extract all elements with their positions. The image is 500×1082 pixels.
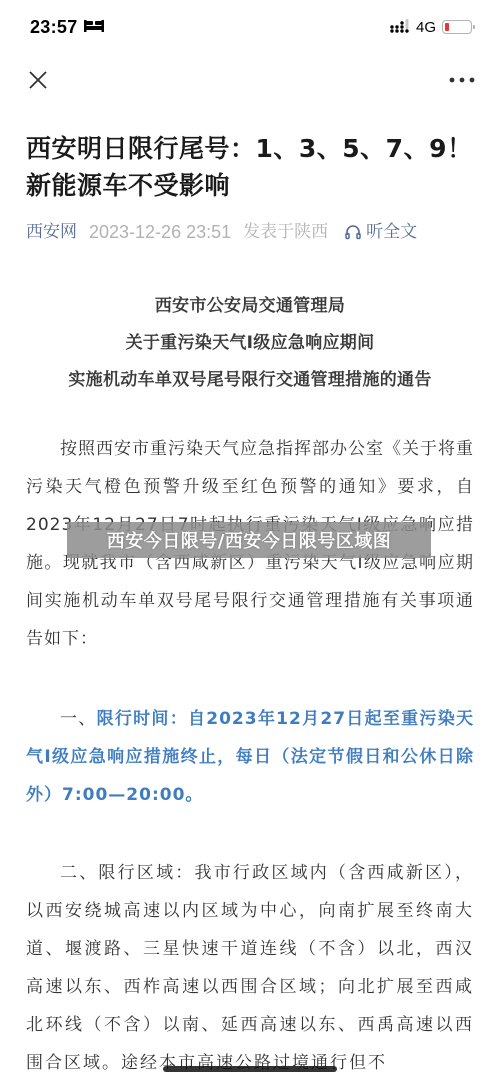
notice-heading-line: 关于重污染天气I级应急响应期间 <box>26 325 474 362</box>
listen-label: 听全文 <box>366 220 417 244</box>
notice-heading-line: 西安市公安局交通管理局 <box>26 288 474 325</box>
listen-button[interactable]: 听全文 <box>344 220 417 244</box>
more-icon <box>449 77 475 83</box>
network-type: 4G <box>416 19 436 36</box>
article-meta: 西安网 2023-12-26 23:51 发表于陕西 听全文 <box>26 220 474 244</box>
source-link[interactable]: 西安网 <box>26 220 77 244</box>
nav-bar <box>0 54 500 106</box>
status-left: 23:57 <box>30 17 104 38</box>
status-right: 4G <box>390 18 472 37</box>
close-button[interactable] <box>24 66 52 94</box>
home-indicator[interactable] <box>163 1066 337 1072</box>
bed-icon <box>84 18 104 37</box>
signal-icon <box>390 18 410 37</box>
status-time: 23:57 <box>30 17 78 38</box>
time-paragraph: 一、限行时间：自2023年12月27日起至重污染天气I级应急响应措施终止，每日（… <box>26 700 474 814</box>
more-button[interactable] <box>448 66 476 94</box>
headphones-icon <box>344 223 362 241</box>
publish-time: 2023-12-26 23:51 <box>89 220 231 244</box>
battery-icon <box>442 20 472 34</box>
screen: 23:57 4G <box>0 0 500 1082</box>
close-icon <box>28 70 48 90</box>
notice-heading: 西安市公安局交通管理局 关于重污染天气I级应急响应期间 实施机动车单双号尾号限行… <box>26 288 474 399</box>
notice-heading-line: 实施机动车单双号尾号限行交通管理措施的通告 <box>26 362 474 399</box>
area-paragraph: 二、限行区域：我市行政区域内（含西咸新区），以西安绕城高速以内区域为中心，向南扩… <box>26 854 474 1082</box>
image-caption-overlay: 西安今日限号/西安今日限号区域图 <box>67 522 431 558</box>
article: 西安明日限行尾号：1、3、5、7、9！新能源车不受影响 西安网 2023-12-… <box>0 120 500 1082</box>
battery-level <box>445 23 449 31</box>
overlay-caption: 西安今日限号/西安今日限号区域图 <box>107 527 392 553</box>
time-prefix: 一、 <box>60 709 97 729</box>
status-bar: 23:57 4G <box>0 0 500 54</box>
publish-location: 发表于陕西 <box>243 220 328 244</box>
article-title: 西安明日限行尾号：1、3、5、7、9！新能源车不受影响 <box>26 120 474 204</box>
